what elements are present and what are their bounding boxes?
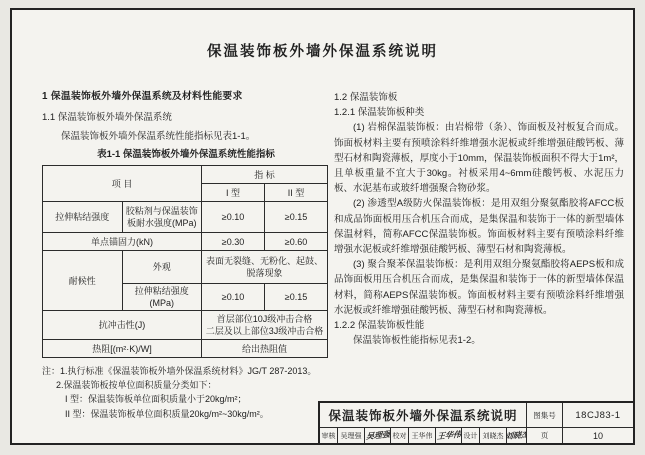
checker-signature-scribble: 王华伟: [436, 429, 461, 442]
table-cell-tensile-sub: 胶粘剂与保温装饰板耐水强度(MPa): [122, 202, 202, 233]
impact-value-line2: 二层及以上部位3J级冲击合格: [204, 325, 325, 337]
table-header-type2: II 型: [265, 184, 328, 202]
table-cell-thermal-label: 热阻[(m²·K)/W]: [43, 340, 202, 358]
section-1-1-text: 保温装饰板外墙外保温系统性能指标见表1-1。: [42, 130, 330, 144]
checker-label: 校对: [391, 428, 409, 443]
table-cell-thermal-value: 给出热阻值: [202, 340, 328, 358]
table-cell-weather-tensile-type2: ≥0.15: [265, 284, 328, 311]
section-1-2-heading: 1.2 保温装饰板: [334, 90, 624, 105]
table-cell-anchor-label: 单点锚固力(kN): [43, 233, 202, 251]
table-cell-tensile-type1: ≥0.10: [202, 202, 265, 233]
designer-signature-scribble: 刘晓杰: [507, 429, 526, 442]
table-cell-weather-group: 耐候性: [43, 251, 123, 311]
reviewer-signature: 吴理强: [365, 428, 391, 443]
page-number-label: 页: [526, 427, 562, 443]
section-1-1-heading: 1.1 保温装饰板外墙外保温系统: [42, 111, 330, 125]
signature-strip: 审核 吴理强 吴理强 校对 王华伟 王华伟 设计 刘晓杰 刘晓杰: [320, 427, 526, 443]
designer-label: 设计: [462, 428, 480, 443]
page-title: 保温装饰板外墙外保温系统说明: [12, 40, 633, 61]
reviewer-label: 审核: [320, 428, 338, 443]
table-cell-anchor-type1: ≥0.30: [202, 233, 265, 251]
atlas-number-label: 图集号: [526, 403, 562, 427]
page-number-value: 10: [562, 427, 633, 443]
table-header-type1: I 型: [202, 184, 265, 202]
table-cell-anchor-type2: ≥0.60: [265, 233, 328, 251]
table-cell-appearance-label: 外观: [122, 251, 202, 284]
notes-list: 注：1.执行标准《保温装饰板外墙外保温系统材料》JG/T 287-2013。 2…: [42, 364, 330, 421]
table-cell-weather-tensile-type1: ≥0.10: [202, 284, 265, 311]
table-cell-appearance-value: 表面无裂缝、无粉化、起鼓、脱落现象: [202, 251, 328, 284]
designer-name: 刘晓杰: [480, 428, 507, 443]
reviewer-signature-scribble: 吴理强: [365, 429, 390, 442]
note-line-4: II 型：保温装饰板单位面积质量20kg/m²~30kg/m²。: [42, 407, 330, 421]
note-line-1: 注：1.执行标准《保温装饰板外墙外保温系统材料》JG/T 287-2013。: [42, 364, 330, 378]
table-cell-weather-tensile-label: 拉伸粘结强度(MPa): [122, 284, 202, 311]
left-column: 1 保温装饰板外墙外保温系统及材料性能要求 1.1 保温装饰板外墙外保温系统 保…: [42, 90, 330, 421]
note-line-2: 2.保温装饰板按单位面积质量分类如下：: [42, 378, 330, 392]
page-frame: 保温装饰板外墙外保温系统说明 1 保温装饰板外墙外保温系统及材料性能要求 1.1…: [10, 8, 635, 445]
paragraph-rockwool-board: (1) 岩棉保温装饰板：由岩棉带（条）、饰面板及衬板复合而成。饰面板材料主要有预…: [334, 120, 624, 196]
checker-signature: 王华伟: [436, 428, 462, 443]
table-header-index: 指 标: [202, 166, 328, 184]
paragraph-afcc-board: (2) 渗透型A级防火保温装饰板：是用双组分聚氨酯胶将AFCC板和成品饰面板用压…: [334, 196, 624, 257]
table-header-item: 项 目: [43, 166, 202, 202]
table-cell-tensile-group: 拉伸粘结强度: [43, 202, 123, 233]
atlas-number-value: 18CJ83-1: [562, 403, 633, 427]
performance-table: 项 目 指 标 I 型 II 型 拉伸粘结强度 胶粘剂与保温装饰板耐水强度(MP…: [42, 165, 328, 358]
section-1-heading: 1 保温装饰板外墙外保温系统及材料性能要求: [42, 90, 330, 104]
title-block: 保温装饰板外墙外保温系统说明 图集号 18CJ83-1 审核 吴理强 吴理强 校…: [318, 401, 633, 443]
note-line-3: I 型：保温装饰板单位面积质量小于20kg/m²；: [42, 392, 330, 406]
table-1-1-title: 表1-1 保温装饰板外墙外保温系统性能指标: [42, 148, 330, 162]
section-1-2-1-heading: 1.2.1 保温装饰板种类: [334, 105, 624, 120]
designer-signature: 刘晓杰: [507, 428, 526, 443]
paragraph-aeps-board: (3) 聚合聚苯保温装饰板：是利用双组分聚氨酯胶将AEPS板和成品饰面板用压合机…: [334, 257, 624, 318]
section-1-2-2-text: 保温装饰板性能指标见表1-2。: [334, 333, 624, 348]
table-cell-tensile-type2: ≥0.15: [265, 202, 328, 233]
checker-name: 王华伟: [409, 428, 436, 443]
reviewer-name: 吴理强: [338, 428, 365, 443]
table-cell-impact-value: 首层部位10J级冲击合格 二层及以上部位3J级冲击合格: [202, 311, 328, 340]
table-cell-impact-label: 抗冲击性(J): [43, 311, 202, 340]
title-block-title: 保温装饰板外墙外保温系统说明: [320, 403, 526, 427]
section-1-2-2-heading: 1.2.2 保温装饰板性能: [334, 318, 624, 333]
impact-value-line1: 首层部位10J级冲击合格: [204, 313, 325, 325]
right-column: 1.2 保温装饰板 1.2.1 保温装饰板种类 (1) 岩棉保温装饰板：由岩棉带…: [334, 90, 624, 348]
